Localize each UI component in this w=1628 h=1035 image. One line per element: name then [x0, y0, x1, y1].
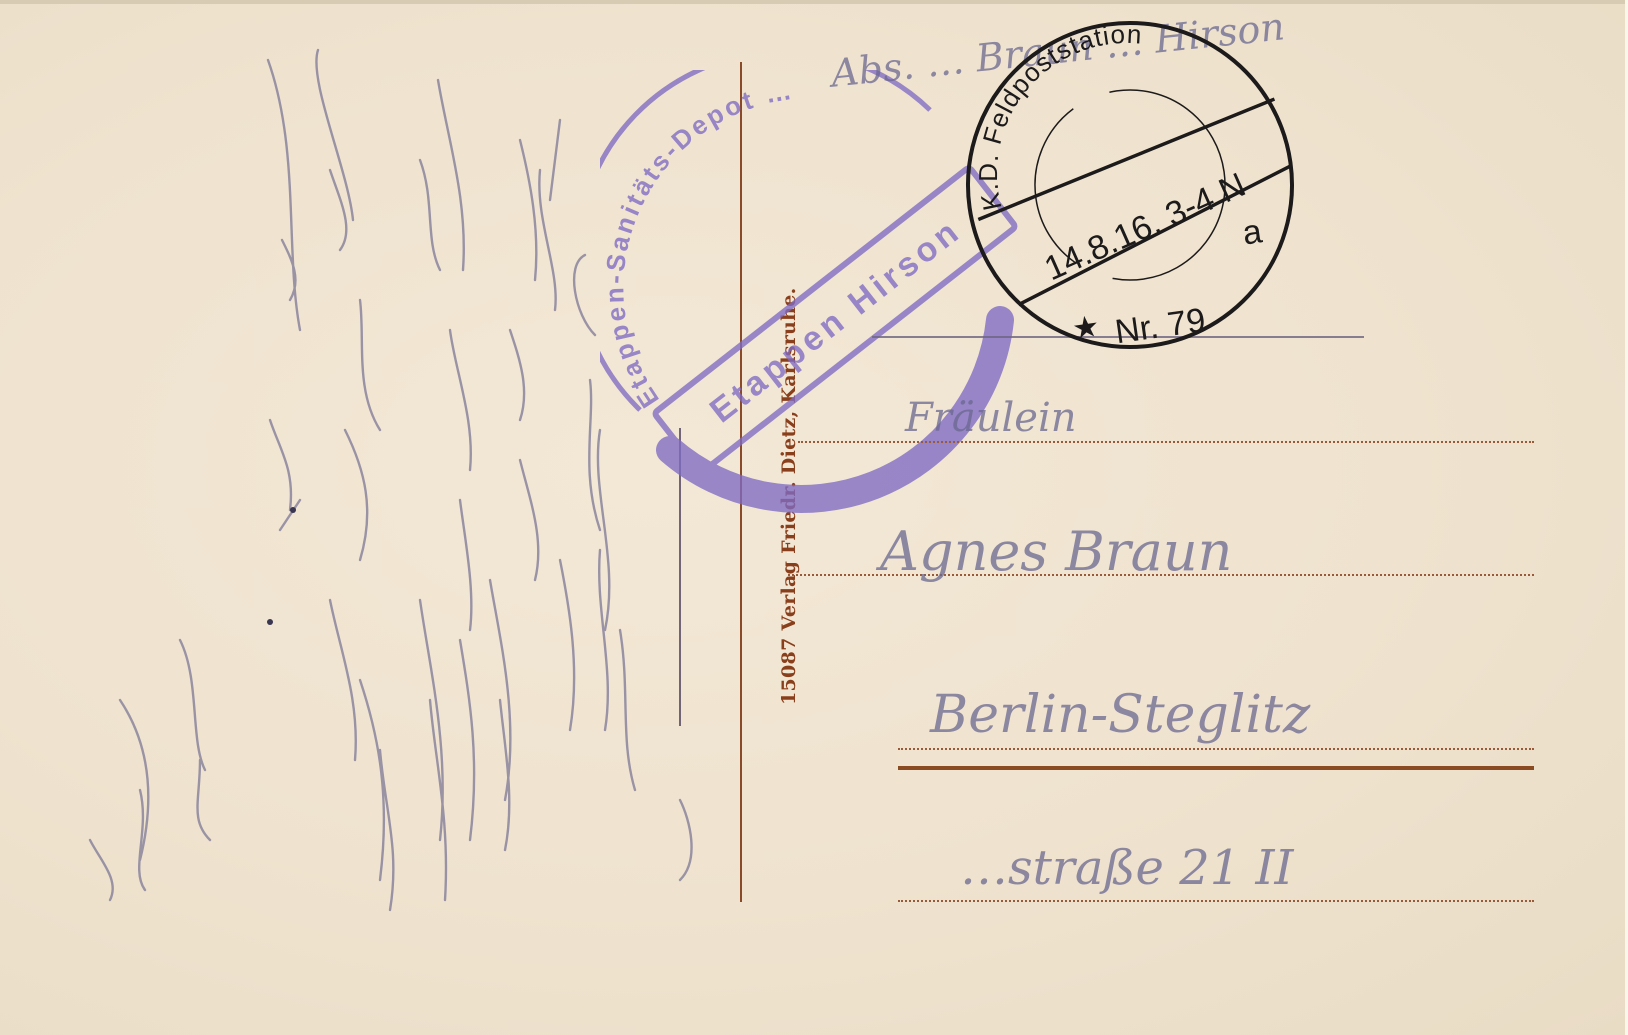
address-line-4 — [898, 900, 1534, 902]
postmark-arc-text: K.D. Feldpoststation — [955, 15, 1167, 213]
address-line-3 — [898, 748, 1534, 750]
address-salutation: Fräulein — [905, 395, 1077, 441]
postmark-suffix: a — [1240, 212, 1264, 252]
svg-text:K.D. Feldpoststation: K.D. Feldpoststation — [955, 15, 1167, 213]
postcard-back: 15087 Verlag Friedr. Dietz, Karlsruhe. E… — [0, 0, 1628, 1035]
postmark-date: 14.8.16. 3-4 N — [1039, 166, 1251, 288]
address-rule — [898, 766, 1534, 770]
address-line-1 — [798, 441, 1534, 443]
feldpost-postmark: K.D. Feldpoststation 14.8.16. 3-4 N ★ Nr… — [955, 10, 1305, 360]
postmark-number: Nr. 79 — [1113, 301, 1208, 351]
address-city: Berlin-Steglitz — [930, 685, 1310, 745]
address-street: …straße 21 II — [960, 840, 1293, 896]
postmark-star: ★ — [1070, 310, 1101, 346]
address-name: Agnes Braun — [880, 520, 1232, 583]
